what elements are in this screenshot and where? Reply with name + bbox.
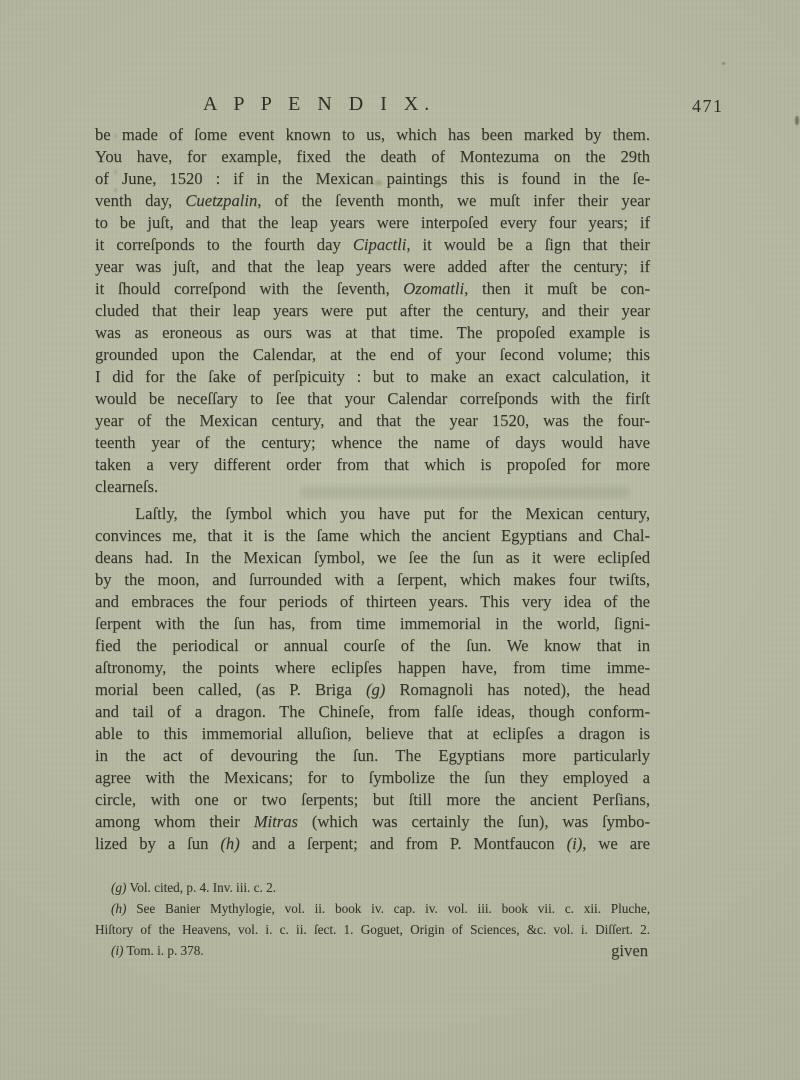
plain-text: aſtronomy, the points where eclipſes hap… [95, 658, 650, 677]
body-text: be made of ſome event known to us, which… [95, 124, 650, 855]
text-line: (g) Vol. cited, p. 4. Inv. iii. c. 2. [95, 877, 650, 898]
plain-text: cluded that their leap years were put af… [95, 301, 650, 320]
plain-text: agree with the Mexicans; for to ſymboliz… [95, 768, 650, 787]
text-line: it ſhould correſpond with the ſeventh, O… [95, 278, 650, 300]
text-line: agree with the Mexicans; for to ſymboliz… [95, 767, 650, 789]
plain-text: , then it muſt be con- [464, 279, 650, 298]
text-line: cluded that their leap years were put af… [95, 300, 650, 322]
plain-text: , of the ſeventh month, we muſt infer th… [257, 191, 650, 210]
text-line: was as eroneous as ours was at that time… [95, 322, 650, 344]
plain-text: circle, with one or two ſerpents; but ſt… [95, 790, 650, 809]
text-line: grounded upon the Calendar, at the end o… [95, 344, 650, 366]
text-line: of June, 1520 : if in the Mexican painti… [95, 168, 650, 190]
text-line: (i) Tom. i. p. 378. [95, 940, 650, 961]
paragraph: Laſtly, the ſymbol which you have put fo… [95, 503, 650, 855]
plain-text: year of the Mexican century, and that th… [95, 411, 650, 430]
text-line: deans had. In the Mexican ſymbol, we ſee… [95, 547, 650, 569]
plain-text: lized by a ſun [95, 834, 220, 853]
text-line: lized by a ſun (h) and a ſerpent; and fr… [95, 833, 650, 855]
paragraph: be made of ſome event known to us, which… [95, 124, 650, 498]
plain-text: be made of ſome event known to us, which… [95, 125, 650, 144]
text-line: convinces me, that it is the ſame which … [95, 525, 650, 547]
plain-text: fied the periodical or annual courſe of … [95, 636, 650, 655]
plain-text: of June, 1520 : if in the Mexican painti… [95, 169, 650, 188]
plain-text: I did for the ſake of perſpicuity : but … [95, 367, 650, 386]
text-line: in the act of devouring the ſun. The Egy… [95, 745, 650, 767]
plain-text: Tom. i. p. 378. [123, 943, 203, 958]
text-line: it correſponds to the fourth day Cipactl… [95, 234, 650, 256]
paper-speck [722, 62, 725, 65]
plain-text: and a ſerpent; and from P. Montfaucon [240, 834, 567, 853]
running-title: A P P E N D I X. [203, 93, 435, 116]
plain-text: it correſponds to the fourth day [95, 235, 353, 254]
italic-text: (i) [111, 943, 123, 958]
text-line: Hiſtory of the Heavens, vol. i. c. ii. ſ… [95, 919, 650, 940]
plain-text: convinces me, that it is the ſame which … [95, 526, 650, 545]
plain-text: (which was certainly the ſun), was ſymbo… [298, 812, 650, 831]
text-line: teenth year of the century; whence the n… [95, 432, 650, 454]
plain-text: Vol. cited, p. 4. Inv. iii. c. 2. [126, 880, 276, 895]
plain-text: venth day, [95, 191, 185, 210]
plain-text: clearneſs. [95, 477, 158, 496]
italic-text: Cuetzpalin [185, 191, 257, 210]
text-line: would be neceſſary to ſee that your Cale… [95, 388, 650, 410]
italic-text: Cipactli [353, 235, 406, 254]
plain-text: , it would be a ſign that their [406, 235, 650, 254]
italic-text: (i) [567, 834, 583, 853]
text-line: and tail of a dragon. The Chineſe, from … [95, 701, 650, 723]
plain-text: able to this immemorial alluſion, believ… [95, 724, 650, 743]
page-number: 471 [692, 96, 724, 117]
italic-text: (h) [220, 834, 239, 853]
plain-text: by the moon, and ſurrounded with a ſerpe… [95, 570, 650, 589]
footnotes: (g) Vol. cited, p. 4. Inv. iii. c. 2.(h)… [95, 877, 650, 961]
plain-text: was as eroneous as ours was at that time… [95, 323, 650, 342]
plain-text: Hiſtory of the Heavens, vol. i. c. ii. ſ… [95, 922, 650, 937]
italic-text: Ozomatli [403, 279, 464, 298]
italic-text: (g) [111, 880, 126, 895]
text-line: (h) See Banier Mythylogie, vol. ii. book… [95, 898, 650, 919]
text-line: fied the periodical or annual courſe of … [95, 635, 650, 657]
book-page: A P P E N D I X. 471 be made of ſome eve… [0, 0, 800, 1080]
text-line: year of the Mexican century, and that th… [95, 410, 650, 432]
plain-text: among whom their [95, 812, 254, 831]
plain-text: deans had. In the Mexican ſymbol, we ſee… [95, 548, 650, 567]
plain-text: Laſtly, the ſymbol which you have put fo… [135, 504, 650, 523]
text-line: be made of ſome event known to us, which… [95, 124, 650, 146]
plain-text: grounded upon the Calendar, at the end o… [95, 345, 650, 364]
text-line: ſerpent with the ſun has, from time imme… [95, 613, 650, 635]
plain-text: teenth year of the century; whence the n… [95, 433, 650, 452]
text-line: circle, with one or two ſerpents; but ſt… [95, 789, 650, 811]
text-line: Laſtly, the ſymbol which you have put fo… [95, 503, 650, 525]
text-line: able to this immemorial alluſion, believ… [95, 723, 650, 745]
text-line: by the moon, and ſurrounded with a ſerpe… [95, 569, 650, 591]
plain-text: morial been called, (as P. Briga [95, 680, 366, 699]
text-line: to be juſt, and that the leap years were… [95, 212, 650, 234]
text-line: year was juſt, and that the leap years w… [95, 256, 650, 278]
plain-text: , we are [582, 834, 650, 853]
plain-text: ſerpent with the ſun has, from time imme… [95, 614, 650, 633]
catchword: given [611, 941, 648, 961]
text-line: clearneſs. [95, 476, 650, 498]
text-line: and embraces the four periods of thirtee… [95, 591, 650, 613]
plain-text: it ſhould correſpond with the ſeventh, [95, 279, 403, 298]
text-line: venth day, Cuetzpalin, of the ſeventh mo… [95, 190, 650, 212]
plain-text: You have, for example, fixed the death o… [95, 147, 650, 166]
text-line: I did for the ſake of perſpicuity : but … [95, 366, 650, 388]
paper-speck [795, 116, 799, 125]
plain-text: taken a very different order from that w… [95, 455, 650, 474]
plain-text: year was juſt, and that the leap years w… [95, 257, 650, 276]
italic-text: (g) [366, 680, 385, 699]
plain-text: See Banier Mythylogie, vol. ii. book iv.… [126, 901, 650, 916]
text-line: You have, for example, fixed the death o… [95, 146, 650, 168]
plain-text: and tail of a dragon. The Chineſe, from … [95, 702, 650, 721]
text-line: among whom their Mitras (which was certa… [95, 811, 650, 833]
plain-text: in the act of devouring the ſun. The Egy… [95, 746, 650, 765]
plain-text: and embraces the four periods of thirtee… [95, 592, 650, 611]
italic-text: (h) [111, 901, 126, 916]
text-line: morial been called, (as P. Briga (g) Rom… [95, 679, 650, 701]
text-line: taken a very different order from that w… [95, 454, 650, 476]
plain-text: would be neceſſary to ſee that your Cale… [95, 389, 650, 408]
text-line: aſtronomy, the points where eclipſes hap… [95, 657, 650, 679]
plain-text: to be juſt, and that the leap years were… [95, 213, 650, 232]
italic-text: Mitras [254, 812, 298, 831]
plain-text: Romagnoli has noted), the head [385, 680, 650, 699]
